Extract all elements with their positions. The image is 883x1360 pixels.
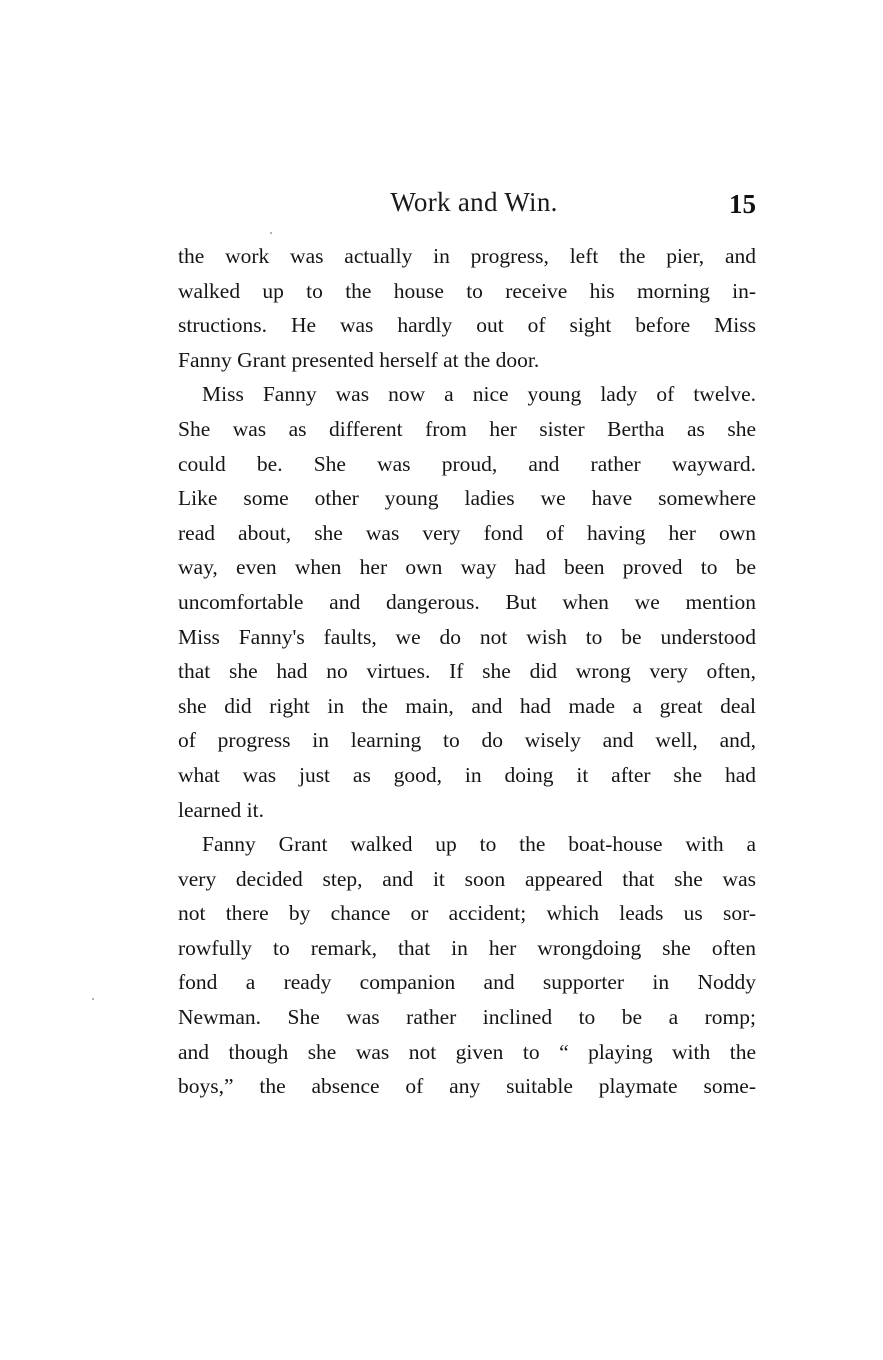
- text-line: She was as different from her sister Ber…: [178, 412, 756, 447]
- paragraph-1: the work was actually in progress, left …: [178, 239, 756, 377]
- text-line: learned it.: [178, 793, 756, 828]
- text-line: walked up to the house to receive his mo…: [178, 274, 756, 309]
- text-line: could be. She was proud, and rather wayw…: [178, 447, 756, 482]
- text-line: of progress in learning to do wisely and…: [178, 723, 756, 758]
- text-line: Newman. She was rather inclined to be a …: [178, 1000, 756, 1035]
- text-line: and though she was not given to “ playin…: [178, 1035, 756, 1070]
- text-line: structions. He was hardly out of sight b…: [178, 308, 756, 343]
- body-text: the work was actually in progress, left …: [178, 239, 756, 1104]
- running-title: Work and Win.: [178, 184, 756, 220]
- text-line: read about, she was very fond of having …: [178, 516, 756, 551]
- text-line: rowfully to remark, that in her wrongdoi…: [178, 931, 756, 966]
- scan-speck: [92, 998, 94, 1000]
- text-line: she did right in the main, and had made …: [178, 689, 756, 724]
- text-line: the work was actually in progress, left …: [178, 239, 756, 274]
- text-line: that she had no virtues. If she did wron…: [178, 654, 756, 689]
- text-line: Miss Fanny was now a nice young lady of …: [178, 377, 756, 412]
- text-line: Fanny Grant presented herself at the doo…: [178, 343, 756, 378]
- text-line: not there by chance or accident; which l…: [178, 896, 756, 931]
- paragraph-2: Miss Fanny was now a nice young lady of …: [178, 377, 756, 827]
- text-line: Fanny Grant walked up to the boat-house …: [178, 827, 756, 862]
- text-line: way, even when her own way had been prov…: [178, 550, 756, 585]
- text-line: uncomfortable and dangerous. But when we…: [178, 585, 756, 620]
- running-header: Work and Win. 15: [178, 184, 756, 220]
- scan-speck: [270, 232, 272, 234]
- text-line: very decided step, and it soon appeared …: [178, 862, 756, 897]
- text-line: Miss Fanny's faults, we do not wish to b…: [178, 620, 756, 655]
- text-line: what was just as good, in doing it after…: [178, 758, 756, 793]
- text-line: fond a ready companion and supporter in …: [178, 965, 756, 1000]
- paragraph-3: Fanny Grant walked up to the boat-house …: [178, 827, 756, 1104]
- text-line: boys,” the absence of any suitable playm…: [178, 1069, 756, 1104]
- book-page: Work and Win. 15 the work was actually i…: [0, 0, 883, 1360]
- text-line: Like some other young ladies we have som…: [178, 481, 756, 516]
- page-number: 15: [729, 186, 756, 222]
